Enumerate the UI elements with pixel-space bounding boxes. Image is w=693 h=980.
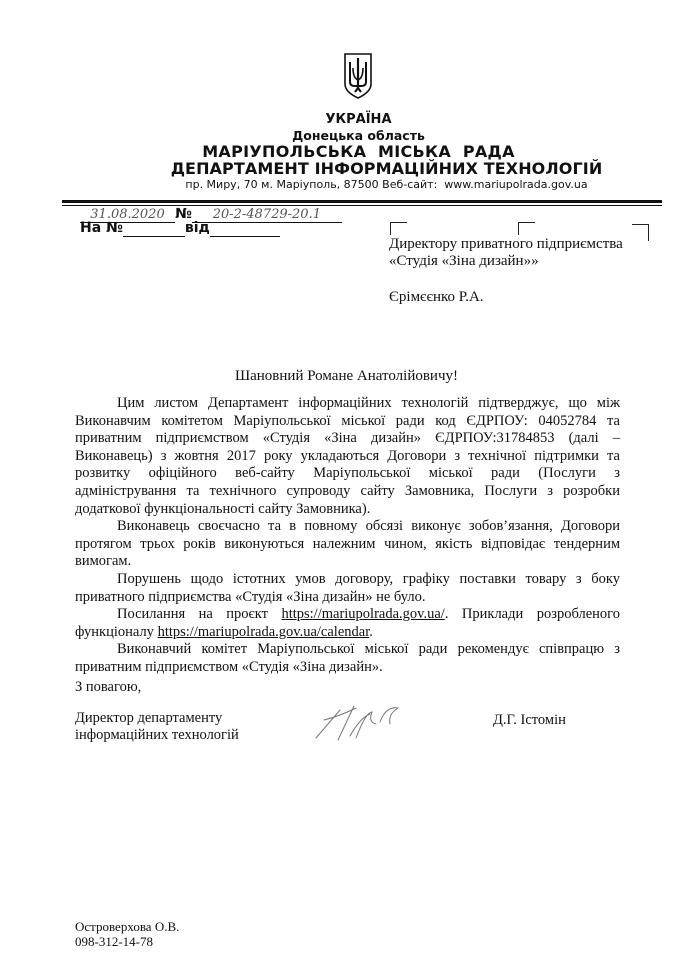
recipient-company: «Студія «Зіна дизайн»»: [389, 253, 623, 270]
body-paragraph: Виконавець своєчасно та в повному обсязі…: [75, 518, 620, 571]
recipient-name: Єрімєєнко Р.А.: [389, 289, 484, 306]
reply-from-label: від: [185, 220, 210, 236]
address-corner-mark: [632, 224, 649, 241]
salutation: Шановний Романе Анатолійовичу!: [0, 368, 693, 385]
signer-title-line: Директор департаменту: [75, 710, 239, 727]
body-paragraph: Цим листом Департамент інформаційних тех…: [75, 395, 620, 518]
handwritten-signature-icon: [310, 700, 410, 744]
signer-title-line: інформаційних технологій: [75, 727, 239, 744]
letterhead-country: УКРАЇНА: [12, 112, 693, 127]
body-paragraph: Виконавчий комітет Маріупольської місько…: [75, 641, 620, 676]
links-suffix-text: .: [369, 624, 373, 640]
reply-reference: На № від: [80, 220, 280, 237]
reply-number-label: На №: [80, 220, 123, 236]
body-paragraph-links: Посилання на проєкт https://mariupolrada…: [75, 606, 620, 641]
executor-name: Островерхова О.В.: [75, 919, 179, 934]
letterhead-department: ДЕПАРТАМЕНТ ІНФОРМАЦІЙНИХ ТЕХНОЛОГІЙ: [40, 159, 693, 178]
address-corner-mark: [390, 222, 407, 235]
letterhead-region: Донецька область: [12, 128, 693, 143]
executor-block: Островерхова О.В. 098-312-14-78: [75, 919, 179, 949]
recipient-block: Директору приватного підприємства «Студі…: [389, 236, 623, 270]
letter-body: Цим листом Департамент інформаційних тех…: [75, 395, 620, 677]
ukraine-coat-of-arms-icon: [342, 52, 374, 100]
signer-title: Директор департаменту інформаційних техн…: [75, 710, 239, 744]
reply-date-blank: [210, 220, 280, 237]
address-corner-mark: [518, 222, 535, 235]
body-paragraph: Порушень щодо істотних умов договору, гр…: [75, 571, 620, 606]
signer-name: Д.Г. Істомін: [493, 712, 566, 729]
project-link[interactable]: https://mariupolrada.gov.ua/: [281, 606, 444, 622]
calendar-link[interactable]: https://mariupolrada.gov.ua/calendar: [158, 624, 370, 640]
letter-page: УКРАЇНА Донецька область МАРІУПОЛЬСЬКА М…: [0, 0, 693, 980]
header-divider-thick: [62, 200, 662, 203]
reply-number-blank: [123, 220, 185, 237]
links-prefix-text: Посилання на проєкт: [117, 606, 281, 622]
letterhead-address: пр. Миру, 70 м. Маріуполь, 87500 Веб-сай…: [40, 178, 693, 191]
closing-regards: З повагою,: [75, 679, 141, 696]
recipient-position: Директору приватного підприємства: [389, 236, 623, 253]
executor-phone: 098-312-14-78: [75, 934, 179, 949]
